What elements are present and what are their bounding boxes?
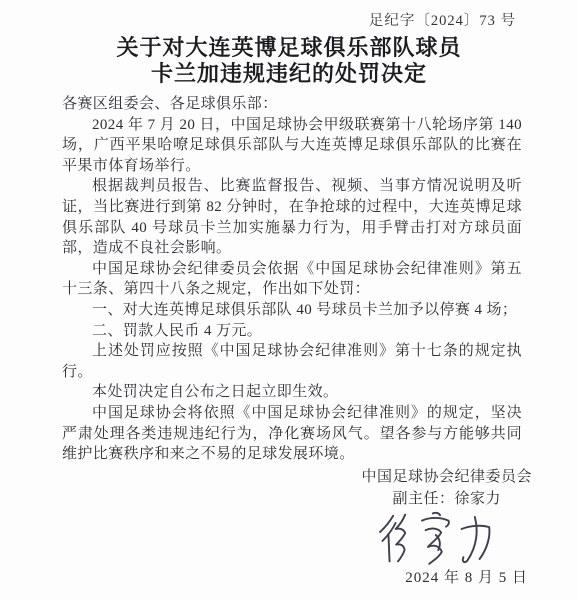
signoff-organization: 中国足球协会纪律委员会 [361, 467, 532, 488]
document-title-line1: 关于对大连英博足球俱乐部队球员 [0, 35, 578, 61]
document-title: 关于对大连英博足球俱乐部队球员 卡兰加违规违纪的处罚决定 [0, 35, 578, 87]
document-title-line2: 卡兰加违规违纪的处罚决定 [0, 61, 578, 87]
body-paragraph: 根据裁判员报告、比赛监督报告、视频、当事方情况说明及听证，当比赛进行到第 82 … [62, 176, 522, 258]
body-paragraph: 二、罚款人民币 4 万元。 [62, 321, 522, 342]
document-body: 各赛区组委会、各足球俱乐部： 2024 年 7 月 20 日，中国足球协会甲级联… [62, 94, 522, 465]
body-paragraph: 一、对大连英博足球俱乐部队 40 号球员卡兰加予以停赛 4 场； [62, 300, 522, 321]
body-paragraph: 2024 年 7 月 20 日，中国足球协会甲级联赛第十八轮场序第 140 场，… [62, 115, 522, 177]
document-ref-number: 足纪字〔2024〕73 号 [0, 9, 578, 30]
body-paragraph: 本处罚决定自公布之日起立即生效。 [62, 382, 522, 403]
document-page: 足纪字〔2024〕73 号 关于对大连英博足球俱乐部队球员 卡兰加违规违纪的处罚… [0, 0, 578, 600]
signature-stroke [396, 514, 406, 561]
body-paragraph: 中国足球协会将依照《中国足球协会纪律准则》的规定，坚决严肃处理各类违规违纪行为，… [62, 403, 522, 465]
signature-icon [364, 511, 504, 565]
body-paragraph: 上述处罚应按照《中国足球协会纪律准则》第十七条的规定执行。 [62, 341, 522, 382]
body-paragraph: 中国足球协会纪律委员会依据《中国足球协会纪律准则》第五十三条、第四十八条之规定，… [62, 259, 522, 300]
salutation: 各赛区组委会、各足球俱乐部： [62, 94, 522, 115]
handwritten-signature [364, 511, 504, 565]
signoff-block: 中国足球协会纪律委员会 副主任：徐家力 [361, 467, 532, 510]
signature-stroke [422, 518, 449, 527]
signature-stroke [433, 512, 440, 514]
signature-stroke [463, 517, 477, 562]
signoff-signer-title: 副主任：徐家力 [361, 489, 532, 510]
signature-stroke [388, 533, 389, 561]
issue-date: 2024 年 8 月 5 日 [405, 566, 528, 587]
